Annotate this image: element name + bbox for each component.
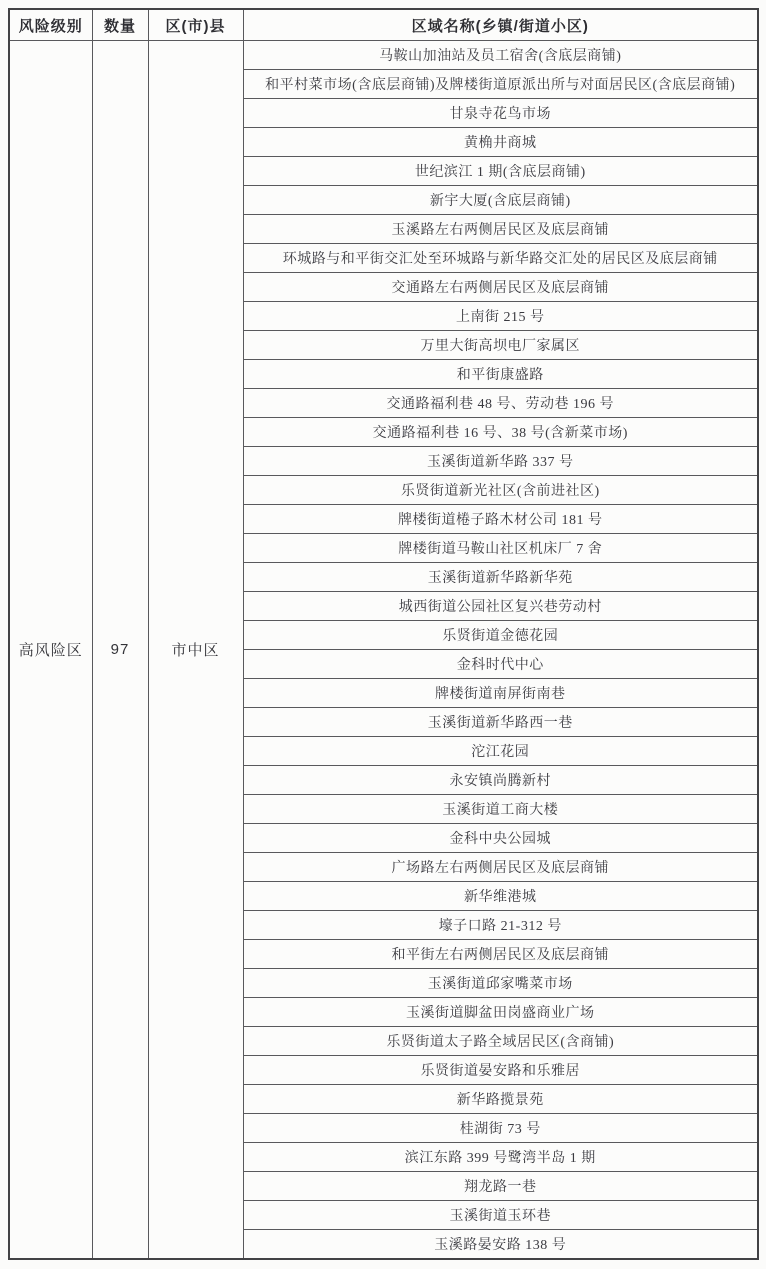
area-cell: 城西街道公园社区复兴巷劳动村 [243,592,758,621]
area-cell: 新华维港城 [243,882,758,911]
area-cell: 乐贤街道晏安路和乐雅居 [243,1056,758,1085]
area-cell: 乐贤街道新光社区(含前进社区) [243,476,758,505]
area-cell: 玉溪街道新华路 337 号 [243,447,758,476]
area-cell: 万里大街高坝电厂家属区 [243,331,758,360]
area-cell: 上南街 215 号 [243,302,758,331]
table-row: 高风险区97市中区马鞍山加油站及员工宿舍(含底层商铺) [9,41,758,70]
area-cell: 和平村菜市场(含底层商铺)及牌楼街道原派出所与对面居民区(含底层商铺) [243,70,758,99]
header-risk-level: 风险级别 [9,9,92,41]
area-cell: 玉溪路晏安路 138 号 [243,1230,758,1260]
header-district: 区(市)县 [148,9,243,41]
area-cell: 牌楼街道棬子路木材公司 181 号 [243,505,758,534]
area-cell: 玉溪街道脚盆田岗盛商业广场 [243,998,758,1027]
area-cell: 黄桷井商城 [243,128,758,157]
count-cell: 97 [92,41,148,1260]
area-cell: 桂湖街 73 号 [243,1114,758,1143]
risk-area-table: 风险级别 数量 区(市)县 区域名称(乡镇/街道小区) 高风险区97市中区马鞍山… [8,8,759,1260]
risk-area-notice-page: 风险级别 数量 区(市)县 区域名称(乡镇/街道小区) 高风险区97市中区马鞍山… [0,0,766,1269]
area-cell: 甘泉寺花鸟市场 [243,99,758,128]
area-cell: 玉溪路左右两侧居民区及底层商铺 [243,215,758,244]
area-cell: 壕子口路 21-312 号 [243,911,758,940]
area-cell: 永安镇尚腾新村 [243,766,758,795]
area-cell: 玉溪街道工商大楼 [243,795,758,824]
area-cell: 乐贤街道太子路全域居民区(含商铺) [243,1027,758,1056]
area-cell: 牌楼街道马鞍山社区机床厂 7 舍 [243,534,758,563]
area-cell: 新华路揽景苑 [243,1085,758,1114]
area-cell: 交通路左右两侧居民区及底层商铺 [243,273,758,302]
area-cell: 牌楼街道南屏街南巷 [243,679,758,708]
area-cell: 玉溪街道玉环巷 [243,1201,758,1230]
area-cell: 沱江花园 [243,737,758,766]
area-cell: 玉溪街道邱家嘴菜市场 [243,969,758,998]
area-cell: 广场路左右两侧居民区及底层商铺 [243,853,758,882]
area-cell: 世纪滨江 1 期(含底层商铺) [243,157,758,186]
header-area-name: 区域名称(乡镇/街道小区) [243,9,758,41]
area-cell: 滨江东路 399 号鹭湾半岛 1 期 [243,1143,758,1172]
area-cell: 金科中央公园城 [243,824,758,853]
area-cell: 交通路福利巷 16 号、38 号(含新菜市场) [243,418,758,447]
area-cell: 和平街康盛路 [243,360,758,389]
risk-level-cell: 高风险区 [9,41,92,1260]
area-cell: 环城路与和平街交汇处至环城路与新华路交汇处的居民区及底层商铺 [243,244,758,273]
area-cell: 玉溪街道新华路西一巷 [243,708,758,737]
district-cell: 市中区 [148,41,243,1260]
header-row: 风险级别 数量 区(市)县 区域名称(乡镇/街道小区) [9,9,758,41]
area-cell: 玉溪街道新华路新华苑 [243,563,758,592]
area-cell: 乐贤街道金德花园 [243,621,758,650]
area-cell: 金科时代中心 [243,650,758,679]
header-count: 数量 [92,9,148,41]
area-cell: 交通路福利巷 48 号、劳动巷 196 号 [243,389,758,418]
area-cell: 新宇大厦(含底层商铺) [243,186,758,215]
area-cell: 和平街左右两侧居民区及底层商铺 [243,940,758,969]
area-cell: 马鞍山加油站及员工宿舍(含底层商铺) [243,41,758,70]
area-cell: 翔龙路一巷 [243,1172,758,1201]
